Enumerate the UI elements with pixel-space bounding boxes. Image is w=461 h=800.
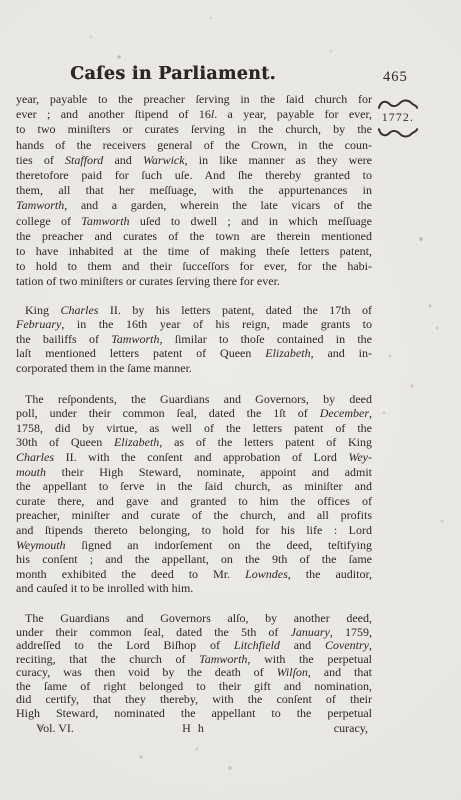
text-line: did certify, that they thereby, with the… xyxy=(16,693,372,707)
page-header-title: Caſes in Parliament. xyxy=(60,64,286,84)
text-segment: King xyxy=(25,303,60,317)
text-segment: their High Steward, nominate, appoint an… xyxy=(46,465,372,479)
italic-text-segment: Tamworth xyxy=(199,652,247,666)
text-line: The reſpondents, the Guardians and Gover… xyxy=(16,392,372,407)
text-segment: uſed to dwell ; and in which meſſuage xyxy=(130,214,372,228)
page-number: 465 xyxy=(383,69,408,86)
text-line: college of Tamworth uſed to dwell ; and … xyxy=(16,214,372,229)
text-segment: , with the perpetual xyxy=(247,652,372,666)
italic-text-segment: Tamworth xyxy=(16,198,64,212)
italic-text-segment: Warwick xyxy=(143,153,185,167)
text-segment: the appellant to ſerve in the ſaid churc… xyxy=(16,479,372,493)
text-segment: 30th of Queen xyxy=(16,435,114,449)
text-line: ever ; and another ſtipend of 16l. a yea… xyxy=(16,107,372,122)
text-segment: , xyxy=(369,638,372,652)
catchword: curacy, xyxy=(334,721,368,736)
text-segment: curate there, and gave and granted to hi… xyxy=(16,494,372,508)
text-segment: The Guardians and Governors alſo, by ano… xyxy=(25,611,372,625)
paper-specks xyxy=(0,0,2,2)
italic-text-segment: Tamworth xyxy=(81,214,129,228)
text-segment: college of xyxy=(16,214,81,228)
text-segment: did certify, that they thereby, with the… xyxy=(16,692,372,706)
text-segment: . a year, payable for ever, xyxy=(214,107,372,121)
text-segment: , and that xyxy=(308,665,372,679)
italic-text-segment: Litchfield xyxy=(234,638,280,652)
italic-text-segment: December xyxy=(320,406,369,420)
text-line: laſt mentioned letters patent of Queen E… xyxy=(16,346,372,361)
text-segment: to have inhabited at the time of making … xyxy=(16,244,372,258)
italic-text-segment: Charles xyxy=(60,303,98,317)
text-segment: reciting, that the church of xyxy=(16,652,199,666)
text-line: King Charles II. by his letters patent, … xyxy=(16,303,372,318)
text-line: to two miniſters or curates ſerving in t… xyxy=(16,122,372,137)
text-line: curacy, was then void by the death of Wi… xyxy=(16,666,372,680)
text-line: under their common ſeal, dated the 5th o… xyxy=(16,626,372,640)
paragraph: King Charles II. by his letters patent, … xyxy=(16,303,372,376)
text-line: hands of the receivers general of the Cr… xyxy=(16,138,372,153)
scanned-book-page: Caſes in Parliament. 465 1772. year, pay… xyxy=(0,0,461,800)
margin-note: 1772. xyxy=(374,97,422,140)
text-line: The Guardians and Governors alſo, by ano… xyxy=(16,612,372,626)
text-segment: the bailiffs of xyxy=(16,332,111,346)
text-segment: to two miniſters or curates ſerving in t… xyxy=(16,122,372,136)
italic-text-segment: Elizabeth xyxy=(265,346,310,360)
text-line: Tamworth, and a garden, wherein the late… xyxy=(16,198,372,213)
text-segment: and cauſed it to be inrolled with him. xyxy=(16,581,193,595)
text-segment: 1758, did by virtue, as well of the lett… xyxy=(16,421,372,435)
italic-text-segment: Weymouth xyxy=(16,538,66,552)
text-line: preacher, miniſter and curate of the chu… xyxy=(16,508,372,523)
text-line: High Steward, nominated the appellant to… xyxy=(16,707,372,721)
text-segment: the ſame of right belonged to their gift… xyxy=(16,679,372,693)
italic-text-segment: February xyxy=(16,317,61,331)
text-segment: theretofore paid for ſuch uſe. And ſhe t… xyxy=(16,168,372,182)
text-line: ties of Stafford and Warwick, in like ma… xyxy=(16,153,372,168)
text-segment: tation of two miniſters or curates ſervi… xyxy=(16,274,280,288)
text-line: poll, under their common ſeal, dated the… xyxy=(16,406,372,421)
text-line: to hold to them and their ſucceſſors for… xyxy=(16,259,372,274)
text-segment: and xyxy=(280,638,325,652)
text-line: his conſent ; and the appellant, on the … xyxy=(16,552,372,567)
text-segment: The reſpondents, the Guardians and Gover… xyxy=(25,392,372,406)
text-segment: II. with the conſent and approbation of … xyxy=(54,450,348,464)
volume-label: Vol. VI. xyxy=(36,721,74,736)
text-line: 1758, did by virtue, as well of the lett… xyxy=(16,421,372,436)
text-line: mouth their High Steward, nominate, appo… xyxy=(16,465,372,480)
text-line: 30th of Queen Elizabeth, as of the lette… xyxy=(16,435,372,450)
text-line: year, payable to the preacher ſerving in… xyxy=(16,92,372,107)
text-segment: month exhibited the deed to Mr. xyxy=(16,567,245,581)
text-segment: corporated them in the ſame manner. xyxy=(16,361,192,375)
paragraph: The reſpondents, the Guardians and Gover… xyxy=(16,392,372,596)
text-segment: II. by his letters patent, dated the 17t… xyxy=(98,303,372,317)
paragraph: The Guardians and Governors alſo, by ano… xyxy=(16,612,372,721)
squiggle-bottom-icon xyxy=(377,126,419,140)
text-segment: , xyxy=(369,406,372,420)
italic-text-segment: January xyxy=(291,625,330,639)
text-line: the ſame of right belonged to their gift… xyxy=(16,680,372,694)
text-line: Charles II. with the conſent and approba… xyxy=(16,450,372,465)
text-segment: preacher, miniſter and curate of the chu… xyxy=(16,508,372,522)
text-line: them, all that her meſſuage, with the ap… xyxy=(16,183,372,198)
italic-text-segment: Wilſon xyxy=(277,665,308,679)
italic-text-segment: Tamworth xyxy=(111,332,159,346)
text-segment: year, payable to the preacher ſerving in… xyxy=(16,92,372,106)
text-segment: , and a garden, wherein the late vicars … xyxy=(64,198,372,212)
text-segment: the preacher and curates of the town are… xyxy=(16,229,372,243)
text-segment: ever ; and another ſtipend of 16 xyxy=(16,107,211,121)
text-line: the bailiffs of Tamworth, ſimilar to tho… xyxy=(16,332,372,347)
text-segment: High Steward, nominated the appellant to… xyxy=(16,706,372,720)
text-line: February, in the 16th year of his reign,… xyxy=(16,317,372,332)
text-segment: poll, under their common ſeal, dated the… xyxy=(16,406,320,420)
text-segment: them, all that her meſſuage, with the ap… xyxy=(16,183,372,197)
squiggle-top-icon xyxy=(377,97,419,111)
text-line: and ſtipends thereto belonging, to hold … xyxy=(16,523,372,538)
paragraph: year, payable to the preacher ſerving in… xyxy=(16,92,372,290)
text-column: year, payable to the preacher ſerving in… xyxy=(16,92,372,721)
text-segment: , the auditor, xyxy=(288,567,372,581)
text-segment: curacy, was then void by the death of xyxy=(16,665,277,679)
text-segment: , as of the letters patent of King xyxy=(159,435,372,449)
text-line: corporated them in the ſame manner. xyxy=(16,361,372,376)
text-line: the preacher and curates of the town are… xyxy=(16,229,372,244)
text-segment: and xyxy=(103,153,143,167)
text-segment: to hold to them and their ſucceſſors for… xyxy=(16,259,372,273)
text-segment: his conſent ; and the appellant, on the … xyxy=(16,552,372,566)
text-segment: ſigned an indorſement on the deed, teſti… xyxy=(66,538,372,552)
signature-mark: H h xyxy=(182,721,206,736)
italic-text-segment: Charles xyxy=(16,450,54,464)
text-line: month exhibited the deed to Mr. Lowndes,… xyxy=(16,567,372,582)
text-line: curate there, and gave and granted to hi… xyxy=(16,494,372,509)
text-line: to have inhabited at the time of making … xyxy=(16,244,372,259)
text-line: and cauſed it to be inrolled with him. xyxy=(16,581,372,596)
text-line: theretofore paid for ſuch uſe. And ſhe t… xyxy=(16,168,372,183)
text-segment: , 1759, xyxy=(330,625,372,639)
page-footer: Vol. VI. H h curacy, xyxy=(16,721,372,737)
text-segment: under their common ſeal, dated the 5th o… xyxy=(16,625,291,639)
text-line: reciting, that the church of Tamworth, w… xyxy=(16,653,372,667)
italic-text-segment: Stafford xyxy=(65,153,103,167)
italic-text-segment: Lowndes xyxy=(245,567,288,581)
text-line: the appellant to ſerve in the ſaid churc… xyxy=(16,479,372,494)
text-segment: hands of the receivers general of the Cr… xyxy=(16,138,372,152)
text-line: Weymouth ſigned an indorſement on the de… xyxy=(16,538,372,553)
italic-text-segment: Coventry xyxy=(325,638,369,652)
italic-text-segment: mouth xyxy=(16,465,46,479)
italic-text-segment: Elizabeth xyxy=(114,435,159,449)
text-segment: , ſimilar to thoſe contained in the xyxy=(159,332,372,346)
italic-text-segment: Wey- xyxy=(348,450,372,464)
text-segment: , in the 16th year of his reign, made gr… xyxy=(61,317,372,331)
text-segment: ties of xyxy=(16,153,65,167)
text-segment: , and in- xyxy=(311,346,372,360)
text-segment: , in like manner as they were xyxy=(185,153,372,167)
text-segment: laſt mentioned letters patent of Queen xyxy=(16,346,265,360)
text-segment: and ſtipends thereto belonging, to hold … xyxy=(16,523,372,537)
text-segment: addreſſed to the Lord Biſhop of xyxy=(16,638,234,652)
margin-year-label: 1772. xyxy=(374,111,422,126)
text-line: addreſſed to the Lord Biſhop of Litchfie… xyxy=(16,639,372,653)
text-line: tation of two miniſters or curates ſervi… xyxy=(16,274,372,289)
